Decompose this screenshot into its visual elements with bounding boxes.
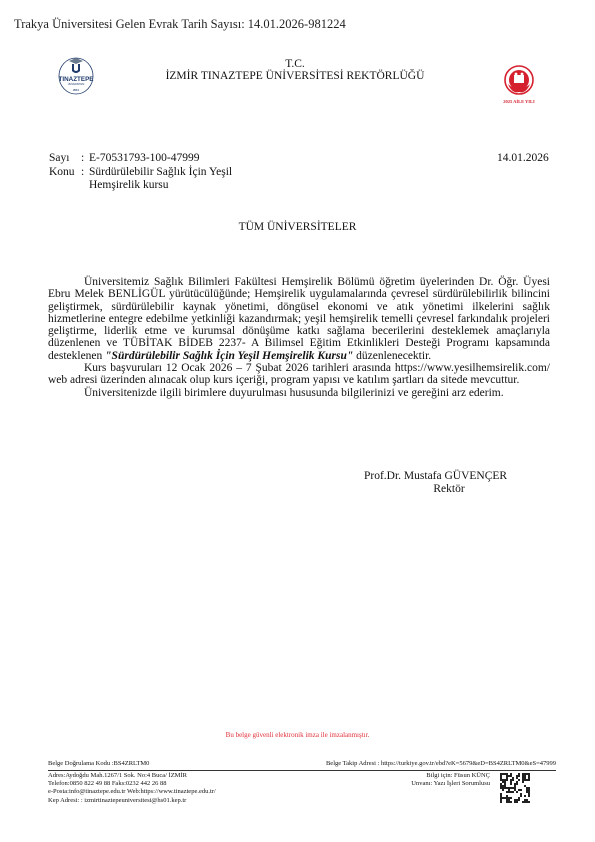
course-title: "Sürdürülebilir Sağlık İçin Yeşil Hemşir… — [105, 350, 353, 362]
incoming-document-stamp: Trakya Üniversitesi Gelen Evrak Tarih Sa… — [14, 17, 346, 32]
recipient: TÜM ÜNİVERSİTELER — [0, 221, 595, 233]
svg-text:2014: 2014 — [73, 88, 79, 92]
footer-contact: Adres:Aydoğdu Mah.1267/1 Sok. No:4 Buca/… — [48, 772, 216, 805]
info-contact: Bilgi için: Füsun KÜNÇ — [410, 772, 490, 780]
tinaztepe-university-logo: TINAZTEPE ÜNİVERSİTESİ 2014 — [56, 52, 96, 98]
header-institution: İZMİR TINAZTEPE ÜNİVERSİTESİ REKTÖRLÜĞÜ — [140, 70, 450, 82]
document-date: 14.01.2026 — [497, 152, 549, 164]
tracking-address-link[interactable]: Belge Takip Adresi : https://turkiye.gov… — [326, 760, 556, 767]
sayi-row: Sayı : E-70531793-100-47999 — [49, 152, 279, 166]
footer-info: Bilgi için: Füsun KÜNÇ Unvanı: Yazı İşle… — [410, 772, 490, 788]
verification-code: Belge Doğrulama Kodu :BS4ZRLTM0 — [48, 760, 149, 767]
document-body: Üniversitemiz Sağlık Bilimleri Fakültesi… — [48, 276, 550, 399]
sayi-value: E-70531793-100-47999 — [89, 152, 279, 166]
footer-divider — [48, 770, 556, 771]
info-title: Unvanı: Yazı İşleri Sorumlusu — [410, 780, 490, 788]
svg-text:2025 AİLE YILI: 2025 AİLE YILI — [503, 99, 535, 104]
document-meta: Sayı : E-70531793-100-47999 Konu : Sürdü… — [49, 152, 279, 193]
document-header: T.C. İZMİR TINAZTEPE ÜNİVERSİTESİ REKTÖR… — [140, 58, 450, 82]
svg-text:ÜNİVERSİTESİ: ÜNİVERSİTESİ — [68, 83, 85, 86]
esignature-notice: Bu belge güvenli elektronik imza ile imz… — [0, 731, 595, 739]
konu-row: Konu : Sürdürülebilir Sağlık İçin Yeşil … — [49, 166, 279, 193]
paragraph-3: Üniversitenizde ilgili birimlere duyurul… — [48, 387, 550, 399]
signatory-name: Prof.Dr. Mustafa GÜVENÇER — [364, 470, 534, 483]
header-tc: T.C. — [140, 58, 450, 70]
sayi-label: Sayı — [49, 152, 81, 166]
signature-block: Prof.Dr. Mustafa GÜVENÇER Rektör — [364, 470, 534, 496]
family-year-2025-logo: 2025 AİLE YILI — [497, 62, 541, 106]
signatory-title: Rektör — [364, 483, 534, 496]
phone-fax: Telefon:0850 822 49 88 Faks:0232 442 26 … — [48, 780, 216, 788]
address: Adres:Aydoğdu Mah.1267/1 Sok. No:4 Buca/… — [48, 772, 216, 780]
footer-verification: Belge Doğrulama Kodu :BS4ZRLTM0 Belge Ta… — [48, 760, 556, 767]
email-web: e-Posta:info@tinaztepe.edu.tr Web:https:… — [48, 788, 216, 796]
qr-code-icon — [500, 773, 530, 803]
paragraph-1: Üniversitemiz Sağlık Bilimleri Fakültesi… — [48, 276, 550, 362]
svg-text:TINAZTEPE: TINAZTEPE — [59, 76, 94, 83]
kep-address: Kep Adresi: : izmirtinaztepeuniversitesi… — [48, 797, 216, 805]
konu-value: Sürdürülebilir Sağlık İçin Yeşil Hemşire… — [89, 166, 259, 193]
paragraph-2: Kurs başvuruları 12 Ocak 2026 – 7 Şubat … — [48, 362, 550, 387]
konu-label: Konu — [49, 166, 81, 193]
